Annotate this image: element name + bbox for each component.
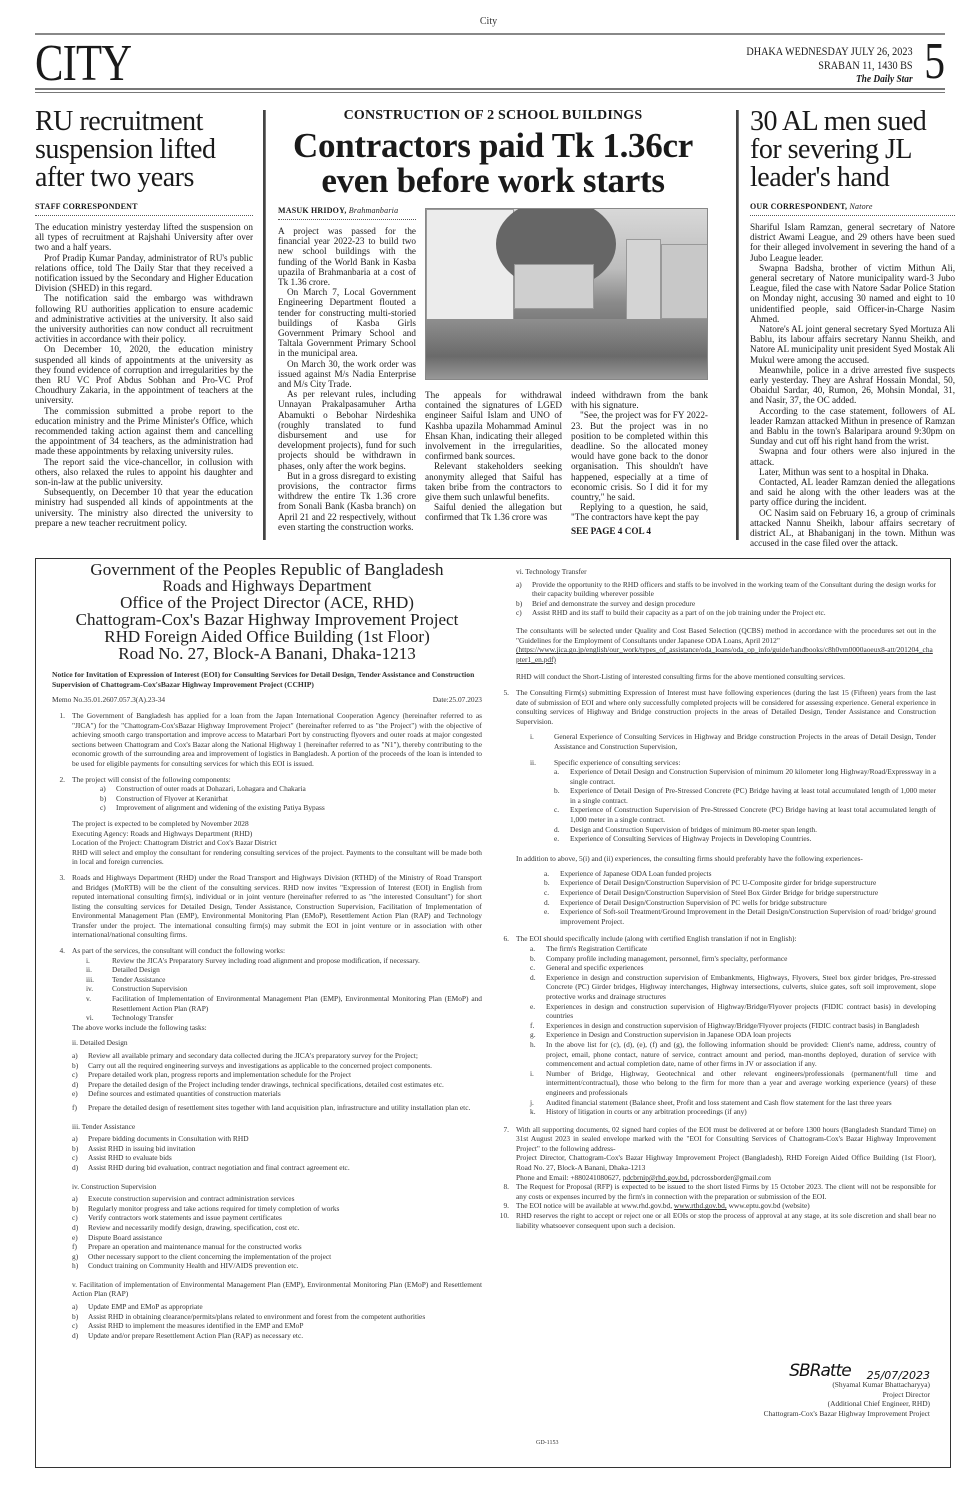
clause-7: 7. With all supporting documents, 02 sig… [496, 1125, 936, 1183]
construction-site-photo [425, 208, 708, 380]
story-al-men-sued: 30 AL men sued for severing JL leader's … [750, 100, 955, 549]
paragraph: Prof Pradip Kumar Panday, administrator … [35, 253, 253, 294]
paragraph: Meanwhile, police in a drive arrested fi… [750, 365, 955, 406]
story-headline: Contractors paid Tk 1.36cr even before w… [278, 128, 708, 198]
paragraph: Natore's AL joint general secretary Syed… [750, 324, 955, 365]
paragraph: The education ministry yesterday lifted … [35, 222, 253, 253]
clause-5: 5. The Consulting Firm(s) submitting Exp… [496, 688, 936, 926]
top-rule [35, 33, 945, 35]
notice-title: Notice for Invitation of Expression of I… [52, 670, 482, 689]
email-link-rhd[interactable]: pdcbrnip@rhd.gov.bd, [623, 1173, 689, 1182]
story-headline: RU recruitment suspension lifted after t… [35, 108, 253, 192]
paragraph: Shariful Islam Ramzan, general secretary… [750, 222, 955, 263]
masthead-rule [35, 88, 945, 93]
jump-link[interactable]: SEE PAGE 4 COL 4 [571, 526, 708, 536]
jica-guidelines-link[interactable]: (https://www.jica.go.jp/english/our_work… [516, 645, 936, 664]
section-title: CITY [35, 40, 131, 88]
story-ru-recruitment: RU recruitment suspension lifted after t… [35, 100, 253, 528]
rthd-website-link[interactable]: www.rthd.gov.bd, [674, 1201, 727, 1210]
bangla-date: SRABAN 11, 1430 BS [747, 58, 913, 72]
masthead: CITY DHAKA WEDNESDAY JULY 26, 2023 SRABA… [35, 38, 945, 88]
page-number: 5 [924, 38, 945, 86]
story-kicker: CONSTRUCTION OF 2 SCHOOL BUILDINGS [278, 108, 708, 124]
paragraph: Relevant stakeholders seeking anonymity … [425, 461, 562, 502]
paragraph: Subsequently, on December 10 that year t… [35, 487, 253, 528]
column-divider [263, 110, 266, 540]
paragraph: The commission submitted a probe report … [35, 406, 253, 457]
memo-row: Memo No.35.01.2607.057.3(A).23-34 Date:2… [52, 695, 482, 705]
paragraph: Saiful denied the allegation but confirm… [425, 502, 562, 522]
story-body: The education ministry yesterday lifted … [35, 222, 253, 528]
gd-code: GD-1153 [536, 1439, 558, 1449]
masthead-meta: DHAKA WEDNESDAY JULY 26, 2023 SRABAN 11,… [717, 38, 945, 86]
notice-date: Date:25.07.2023 [433, 695, 482, 705]
eoi-notice-advertisement: Government of the Peoples Republic of Ba… [35, 558, 951, 1468]
page-folio: City [0, 16, 977, 27]
paragraph: indeed withdrawn from the bank with his … [571, 390, 708, 410]
paragraph: Contacted, AL leader Ramzan denied the a… [750, 477, 955, 508]
paragraph: Swapna Badsha, brother of victim Mithun … [750, 263, 955, 324]
memo-number: Memo No.35.01.2607.057.3(A).23-34 [52, 695, 165, 705]
story-headline: 30 AL men sued for severing JL leader's … [750, 108, 955, 192]
story-byline: STAFF CORRESPONDENT [35, 202, 253, 216]
paragraph: The report said the vice-chancellor, in … [35, 457, 253, 488]
paragraph: "See, the project was for FY 2022-23. Bu… [571, 410, 708, 502]
email-crossborder[interactable]: pdcrossborder@gmail.com [691, 1173, 771, 1182]
newspaper-logo: The Daily Star [747, 72, 913, 86]
signature-block: SBRatte 25/07/2023 (Shyamal Kumar Bhatta… [650, 1367, 930, 1419]
paragraph: The notification said the embargo was wi… [35, 293, 253, 344]
clause-4: 4. As part of the services, the consulta… [52, 946, 482, 1340]
story-byline: MASUK HRIDOY, Brahmanbaria [278, 206, 416, 220]
paragraph: As per relevant rules, including Unnayan… [278, 389, 416, 471]
notice-header: Government of the Peoples Republic of Ba… [52, 562, 482, 662]
notice-right-column: vi. Technology Transfer a)Provide the op… [516, 559, 936, 1230]
notice-left-column: Government of the Peoples Republic of Ba… [52, 559, 482, 1340]
paragraph: Later, Mithun was sent to a hospital in … [750, 467, 955, 477]
clause-2: 2. The project will consist of the follo… [52, 775, 482, 867]
clause-6: 6. The EOI should specifically include (… [496, 934, 936, 1116]
paragraph: On December 10, 2020, the education mini… [35, 344, 253, 405]
paragraph: OC Nasim said on February 16, a group of… [750, 508, 955, 549]
paragraph: Swapna and four others were also injured… [750, 446, 955, 466]
column-divider [736, 110, 739, 540]
paragraph: But in a gross disregard to existing pro… [278, 471, 416, 532]
paragraph: On March 30, the work order was issued a… [278, 359, 416, 390]
paragraph: On March 7, Local Government Engineering… [278, 287, 416, 358]
clause-1: 1.The Government of Bangladesh has appli… [52, 711, 482, 769]
clause-3: 3.Roads and Highways Department (RHD) un… [52, 873, 482, 940]
paragraph: A project was passed for the financial y… [278, 226, 416, 287]
paragraph: Replying to a question, he said, "The co… [571, 502, 708, 522]
story-byline: OUR CORRESPONDENT, Natore [750, 202, 955, 216]
clause-8: 8.The Request for Proposal (RFP) is expe… [496, 1182, 936, 1201]
clause-10: 10.RHD reserves the right to accept or r… [496, 1211, 936, 1230]
paragraph: The appeals for withdrawal contained the… [425, 390, 562, 461]
story-contractors-paid: CONSTRUCTION OF 2 SCHOOL BUILDINGS Contr… [278, 100, 708, 536]
dateline: DHAKA WEDNESDAY JULY 26, 2023 [747, 44, 913, 58]
clause-9: 9.The EOI notice will be available at ww… [496, 1201, 936, 1211]
paragraph: According to the case statement, followe… [750, 406, 955, 447]
